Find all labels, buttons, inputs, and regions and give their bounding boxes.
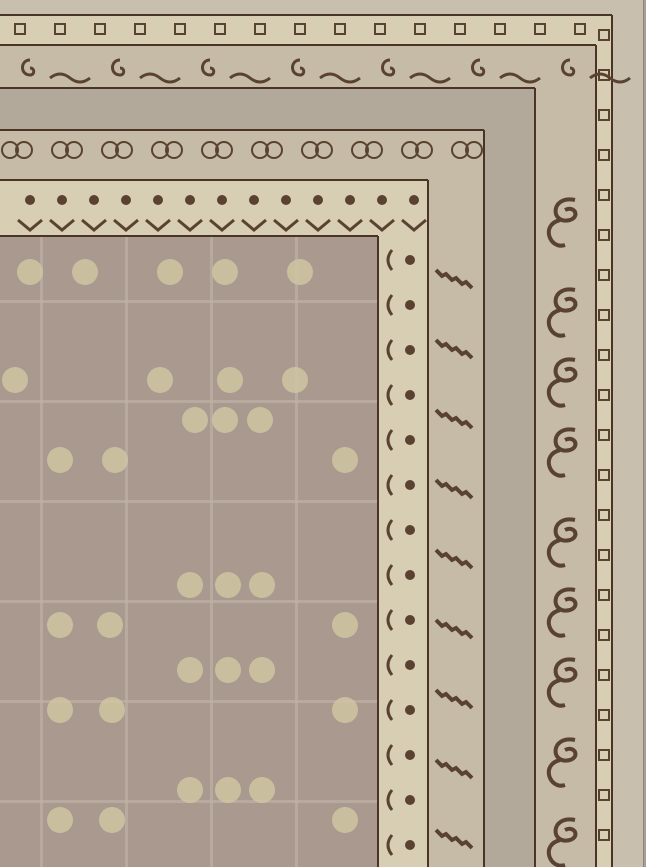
pomegranate-medallion xyxy=(217,367,243,393)
border-dot xyxy=(377,195,387,205)
pomegranate-medallion xyxy=(212,407,238,433)
border-dot xyxy=(121,195,131,205)
border-dot xyxy=(185,195,195,205)
top-cloudlet-band xyxy=(0,130,484,180)
border-line-horizontal xyxy=(0,129,484,131)
pomegranate-medallion xyxy=(212,259,238,285)
border-dot xyxy=(405,435,415,445)
pomegranate-medallion xyxy=(102,447,128,473)
lattice-vertical xyxy=(40,236,43,867)
pomegranate-medallion xyxy=(215,657,241,683)
border-dot xyxy=(405,660,415,670)
lattice-horizontal xyxy=(0,400,378,403)
border-dot xyxy=(405,570,415,580)
fringe-edge xyxy=(643,0,646,867)
border-line-vertical xyxy=(611,15,613,867)
rug-illustration xyxy=(0,0,650,867)
pomegranate-medallion xyxy=(177,657,203,683)
pomegranate-medallion xyxy=(17,259,43,285)
border-dot xyxy=(405,795,415,805)
pomegranate-medallion xyxy=(72,259,98,285)
pomegranate-medallion xyxy=(332,612,358,638)
border-dot xyxy=(57,195,67,205)
border-line-horizontal xyxy=(0,44,596,46)
border-dot xyxy=(217,195,227,205)
border-dot xyxy=(405,615,415,625)
border-dot xyxy=(405,255,415,265)
pomegranate-medallion xyxy=(249,572,275,598)
pomegranate-medallion xyxy=(47,807,73,833)
pomegranate-medallion xyxy=(97,612,123,638)
border-dot xyxy=(25,195,35,205)
border-dot xyxy=(405,480,415,490)
lattice-vertical xyxy=(295,236,298,867)
border-line-vertical xyxy=(377,236,379,867)
pomegranate-medallion xyxy=(47,447,73,473)
border-dot xyxy=(345,195,355,205)
field xyxy=(0,236,378,867)
lattice-horizontal xyxy=(0,600,378,603)
pomegranate-medallion xyxy=(287,259,313,285)
border-line-horizontal xyxy=(0,235,378,237)
pomegranate-medallion xyxy=(332,697,358,723)
border-dot xyxy=(281,195,291,205)
border-dot xyxy=(89,195,99,205)
pomegranate-medallion xyxy=(99,697,125,723)
top-cloud-band xyxy=(0,45,596,88)
border-dot xyxy=(405,840,415,850)
pomegranate-medallion xyxy=(177,777,203,803)
pomegranate-medallion xyxy=(147,367,173,393)
border-dot xyxy=(405,750,415,760)
right-cloudlet-band xyxy=(428,180,484,867)
border-dot xyxy=(405,390,415,400)
pomegranate-medallion xyxy=(247,407,273,433)
border-dot xyxy=(405,525,415,535)
border-line-horizontal xyxy=(0,87,535,89)
pomegranate-medallion xyxy=(215,777,241,803)
pomegranate-medallion xyxy=(47,612,73,638)
border-line-vertical xyxy=(483,130,485,867)
border-line-vertical xyxy=(427,180,429,867)
pomegranate-medallion xyxy=(332,447,358,473)
pomegranate-medallion xyxy=(47,697,73,723)
pomegranate-medallion xyxy=(177,572,203,598)
pomegranate-medallion xyxy=(99,807,125,833)
right-plain-band xyxy=(484,130,535,867)
pomegranate-medallion xyxy=(282,367,308,393)
right-dot-band xyxy=(378,236,428,867)
pomegranate-medallion xyxy=(249,657,275,683)
border-dot xyxy=(405,300,415,310)
border-dot xyxy=(409,195,419,205)
pomegranate-medallion xyxy=(2,367,28,393)
border-dot xyxy=(313,195,323,205)
rug-photo xyxy=(0,0,650,867)
border-dot xyxy=(405,345,415,355)
border-line-vertical xyxy=(534,88,536,867)
pomegranate-medallion xyxy=(157,259,183,285)
pomegranate-medallion xyxy=(215,572,241,598)
lattice-vertical xyxy=(125,236,128,867)
border-dot xyxy=(405,705,415,715)
border-dot xyxy=(249,195,259,205)
lattice-horizontal xyxy=(0,300,378,303)
lattice-vertical xyxy=(210,236,213,867)
top-plain-band xyxy=(0,88,535,130)
border-dot xyxy=(153,195,163,205)
pomegranate-medallion xyxy=(182,407,208,433)
border-line-vertical xyxy=(595,45,597,867)
border-line-horizontal xyxy=(0,179,428,181)
pomegranate-medallion xyxy=(249,777,275,803)
border-line-horizontal xyxy=(0,14,612,16)
lattice-horizontal xyxy=(0,500,378,503)
pomegranate-medallion xyxy=(332,807,358,833)
